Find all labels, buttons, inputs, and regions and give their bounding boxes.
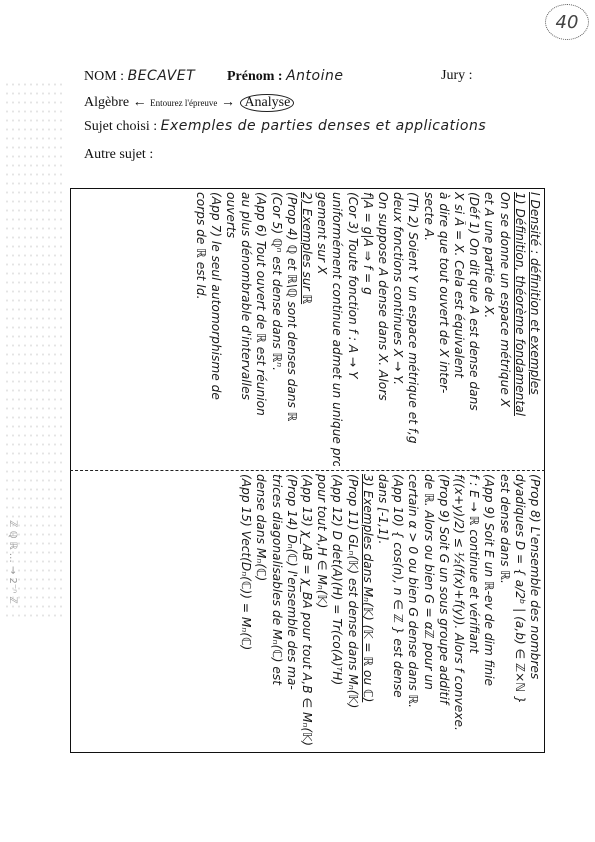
margin-note: ℤ ℚ ℝ … → 2⁻ⁿ ℤ <box>7 520 18 604</box>
text-line: trices diagonalisables de Mₙ(ℂ) est <box>268 474 283 750</box>
prenom-label: Prénom : <box>227 69 283 84</box>
jury-field: Jury : <box>441 68 473 84</box>
prenom-field: Prénom : Antoine <box>227 68 343 85</box>
text-line: et A une partie de X. <box>481 192 496 466</box>
text-line: corps de ℝ est Id. <box>192 192 207 466</box>
text-line: (App 6) Tout ouvert de ℝ est réunion <box>253 192 268 466</box>
text-line: (App 9) Soit E un ℝ-ev de dim finie <box>481 474 496 750</box>
text-line: pour tout A,H ∈ Mₙ(𝕂) <box>314 474 329 750</box>
text-line: dense dans Mₙ(ℂ) <box>253 474 268 750</box>
text-line: (Déf 1) On dit que A est dense dans <box>466 192 481 466</box>
rotated-text-bottom: (Prop 8) L'ensemble des nombresdyadiques… <box>238 474 542 750</box>
text-line: (App 10) { cos(n), n ∈ ℤ } est dense <box>390 474 405 750</box>
epreuve-algebre: Algèbre <box>84 95 129 110</box>
rotated-text-top: I Densité : définition et exemples1) Déf… <box>192 192 542 466</box>
text-line: f : E → ℝ continue et vérifiant <box>466 474 481 750</box>
autre-sujet-field: Autre sujet : <box>84 147 153 163</box>
nom-field: NOM : BECAVET <box>84 68 195 85</box>
text-line: (App 15) Vect(Dₙ(ℂ)) = Mₙ(ℂ) <box>238 474 253 750</box>
section-heading: 1) Définition, théorème fondamental <box>512 192 527 466</box>
epreuve-selector: Algèbre ← Entourez l'épreuve → Analyse <box>84 94 294 112</box>
text-line: ouverts <box>223 192 238 466</box>
sujet-field: Sujet choisi : Exemples de parties dense… <box>84 118 486 135</box>
epreuve-analyse-circled: Analyse <box>240 94 294 112</box>
text-line: gement sur X <box>314 192 329 466</box>
text-line: au plus dénombrable d'intervalles <box>238 192 253 466</box>
text-line: dyadiques D = { a/2ᵇ | (a,b) ∈ ℤ×ℕ } <box>512 474 527 750</box>
text-line: (Cor 3) Toute fonction f : A → Y <box>344 192 359 466</box>
text-line: f|A = g|A ⇒ f = g <box>360 192 375 466</box>
text-line: (App 13) χ_AB = χ_BA pour tout A,B ∈ Mₙ(… <box>299 474 314 750</box>
text-line: (App 12) D det(A)(H) = Tr(co(A)ᵀH) <box>329 474 344 750</box>
text-line: On suppose A dense dans X. Alors <box>375 192 390 466</box>
text-line: (Prop 4) ℚ et ℝ\ℚ sont denses dans ℝ <box>284 192 299 466</box>
text-line: deux fonctions continues X → Y. <box>390 192 405 466</box>
arrow-left-icon: ← <box>133 95 147 110</box>
text-line: On se donne un espace métrique X <box>496 192 511 466</box>
arrow-right-icon: → <box>221 95 235 110</box>
autre-sujet-label: Autre sujet : <box>84 147 153 162</box>
text-line: dans [-1,1]. <box>375 474 390 750</box>
nom-value: BECAVET <box>128 68 196 84</box>
text-line: uniformément continue admet un unique pr… <box>329 192 344 466</box>
nom-label: NOM : <box>84 69 124 84</box>
text-line: (Th 2) Soient Y un espace métrique et f,… <box>405 192 420 466</box>
section-heading: 3) Exemples dans Mₙ(𝕂) (𝕂 = ℝ ou ℂ) <box>360 474 375 750</box>
text-line: (Cor 5) ℚⁿ est dense dans ℝⁿ. <box>268 192 283 466</box>
section-heading: 2) Exemples sur ℝ <box>299 192 314 466</box>
epreuve-instruction: Entourez l'épreuve <box>150 98 217 108</box>
text-line: de ℝ. Alors ou bien G = αℤ pour un <box>420 474 435 750</box>
page-number-circled: 40 <box>545 4 589 40</box>
text-line: (Prop 11) GLₙ(𝕂) est dense dans Mₙ(𝕂) <box>344 474 359 750</box>
text-line: (Prop 8) L'ensemble des nombres <box>527 474 542 750</box>
handwritten-section-bottom: (Prop 8) L'ensemble des nombresdyadiques… <box>76 474 542 750</box>
text-line: f((x+y)/2) ≤ ½(f(x)+f(y)). Alors f conve… <box>451 474 466 750</box>
jury-label: Jury : <box>441 68 473 83</box>
text-line: X si Ā = X. Cela est équivalent <box>451 192 466 466</box>
text-line: secte A. <box>420 192 435 466</box>
prenom-value: Antoine <box>286 68 343 84</box>
text-line: (App 7) le seul automorphisme de <box>208 192 223 466</box>
sujet-label: Sujet choisi : <box>84 119 157 134</box>
handwritten-section-top: I Densité : définition et exemples1) Déf… <box>76 192 542 466</box>
text-line: est dense dans ℝ. <box>496 474 511 750</box>
text-line: (Prop 14) Dₙ(ℂ) l'ensemble des ma- <box>284 474 299 750</box>
text-line: à dire que tout ouvert de X inter- <box>436 192 451 466</box>
page-number-text: 40 <box>556 12 579 33</box>
text-line: (Prop 9) Soit G un sous groupe additif <box>436 474 451 750</box>
text-line: certain α > 0 ou bien G dense dans ℝ. <box>405 474 420 750</box>
section-heading: I Densité : définition et exemples <box>527 192 542 466</box>
sujet-value: Exemples de parties denses et applicatio… <box>161 118 487 134</box>
section-divider <box>70 470 545 471</box>
